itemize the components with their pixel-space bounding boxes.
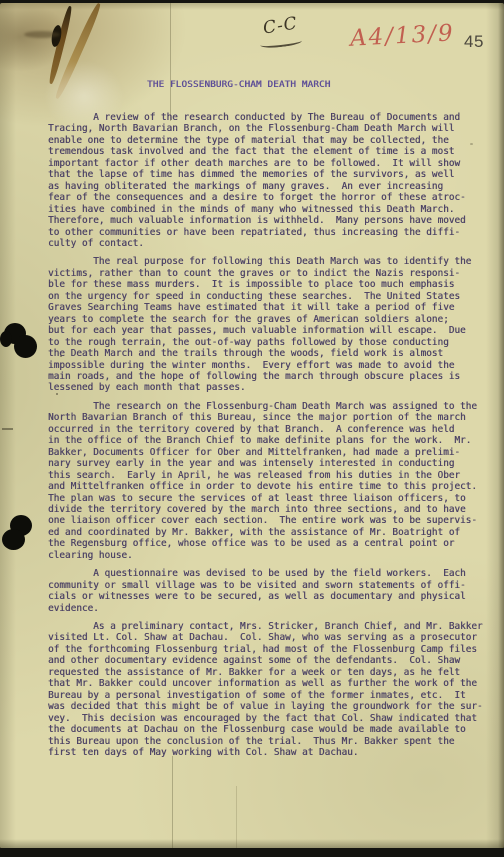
punch-hole [2,529,25,550]
document-body: A review of the research conducted by Th… [48,112,488,765]
paragraph: A questionnaire was devised to be used b… [48,568,488,614]
paragraph: The real purpose for following this Deat… [48,256,488,393]
paragraph: A review of the research conducted by Th… [48,112,488,249]
handwritten-ink-note: C-C [262,13,299,38]
crease-line [172,756,173,848]
handwritten-underline [260,36,303,49]
document-title: THE FLOSSENBURG-CHAM DEATH MARCH [147,79,330,90]
page-number: 45 [464,32,484,52]
scanned-document-photo: C-C A4/13/9 45 THE FLOSSENBURG-CHAM DEAT… [0,0,504,857]
punch-hole [0,331,12,347]
paragraph: As a preliminary contact, Mrs. Stricker,… [48,621,488,758]
red-pencil-reference: A4/13/9 [349,20,455,51]
paragraph: The research on the Flossenburg-Cham Dea… [48,401,488,561]
crease-line [170,3,171,121]
crease-line [236,786,237,848]
pencil-dash-mark [2,428,13,430]
document-page: C-C A4/13/9 45 THE FLOSSENBURG-CHAM DEAT… [0,3,504,848]
punch-hole [14,335,37,358]
ink-smudge [24,31,60,38]
